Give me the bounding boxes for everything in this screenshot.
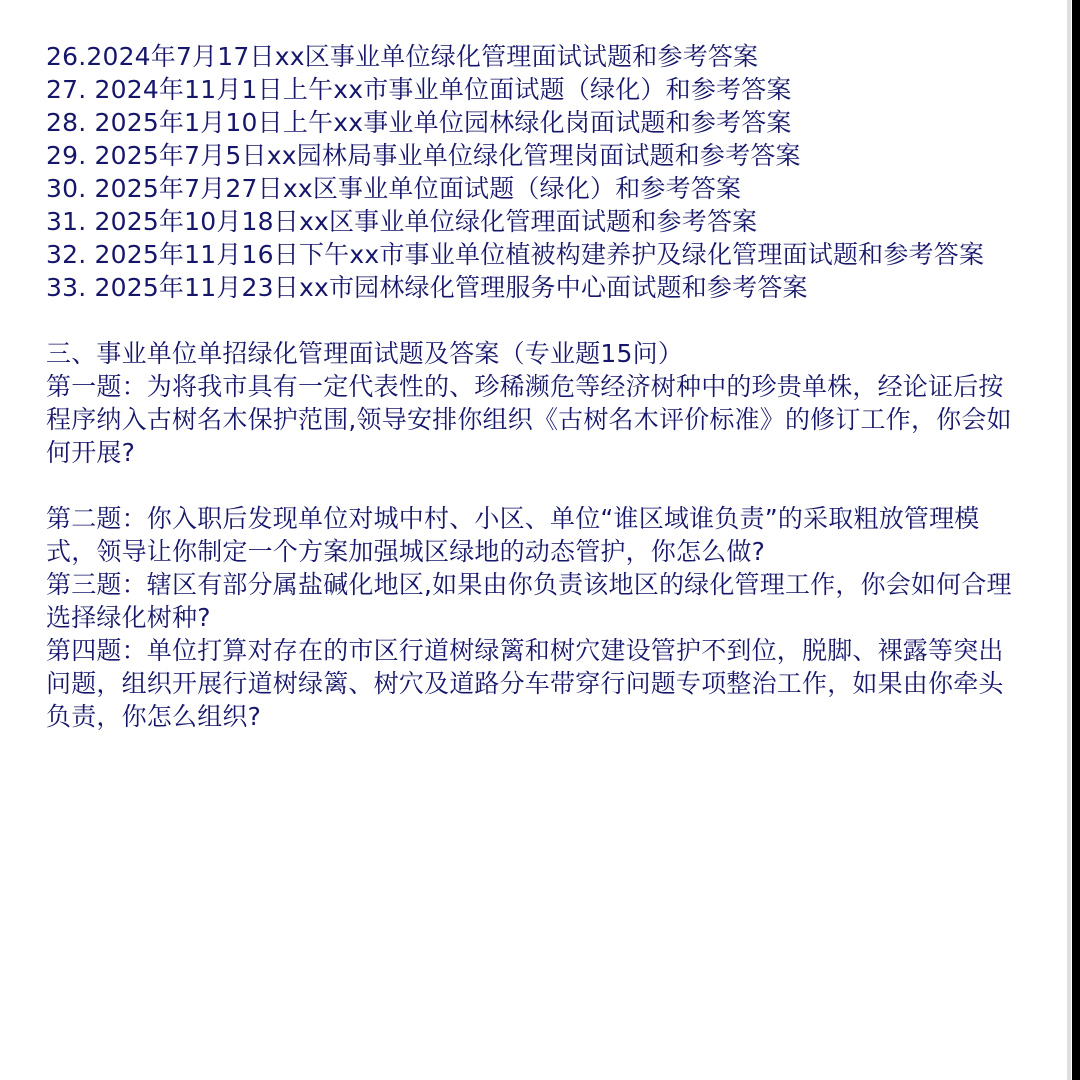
document-page: 26.2024年7月17日xx区事业单位绿化管理面试试题和参考答案 27. 20… <box>0 0 1080 1080</box>
list-item: 26.2024年7月17日xx区事业单位绿化管理面试试题和参考答案 <box>46 40 1026 73</box>
page-edge-divider <box>1067 0 1071 1080</box>
document-content: 26.2024年7月17日xx区事业单位绿化管理面试试题和参考答案 27. 20… <box>46 40 1026 733</box>
question-1: 第一题：为将我市具有一定代表性的、珍稀濒危等经济树种中的珍贵单株，经论证后按程序… <box>46 370 1026 469</box>
spacer <box>46 469 1026 502</box>
section-heading: 三、事业单位单招绿化管理面试题及答案（专业题15问） <box>46 337 1026 370</box>
list-item: 31. 2025年10月18日xx区事业单位绿化管理面试题和参考答案 <box>46 205 1026 238</box>
list-item: 32. 2025年11月16日下午xx市事业单位植被构建养护及绿化管理面试题和参… <box>46 238 1026 271</box>
list-item: 33. 2025年11月23日xx市园林绿化管理服务中心面试题和参考答案 <box>46 271 1026 304</box>
page-edge-strip <box>1072 0 1080 1080</box>
questions-section: 三、事业单位单招绿化管理面试题及答案（专业题15问） 第一题：为将我市具有一定代… <box>46 337 1026 733</box>
question-3: 第三题：辖区有部分属盐碱化地区,如果由你负责该地区的绿化管理工作，你会如何合理选… <box>46 568 1026 634</box>
list-item: 28. 2025年1月10日上午xx事业单位园林绿化岗面试题和参考答案 <box>46 106 1026 139</box>
question-2: 第二题：你入职后发现单位对城中村、小区、单位“谁区域谁负责”的采取粗放管理模式，… <box>46 502 1026 568</box>
list-item: 27. 2024年11月1日上午xx市事业单位面试题（绿化）和参考答案 <box>46 73 1026 106</box>
list-item: 29. 2025年7月5日xx园林局事业单位绿化管理岗面试题和参考答案 <box>46 139 1026 172</box>
spacer <box>46 304 1026 337</box>
question-4: 第四题：单位打算对存在的市区行道树绿篱和树穴建设管护不到位，脱脚、裸露等突出问题… <box>46 634 1026 733</box>
interview-list: 26.2024年7月17日xx区事业单位绿化管理面试试题和参考答案 27. 20… <box>46 40 1026 304</box>
list-item: 30. 2025年7月27日xx区事业单位面试题（绿化）和参考答案 <box>46 172 1026 205</box>
